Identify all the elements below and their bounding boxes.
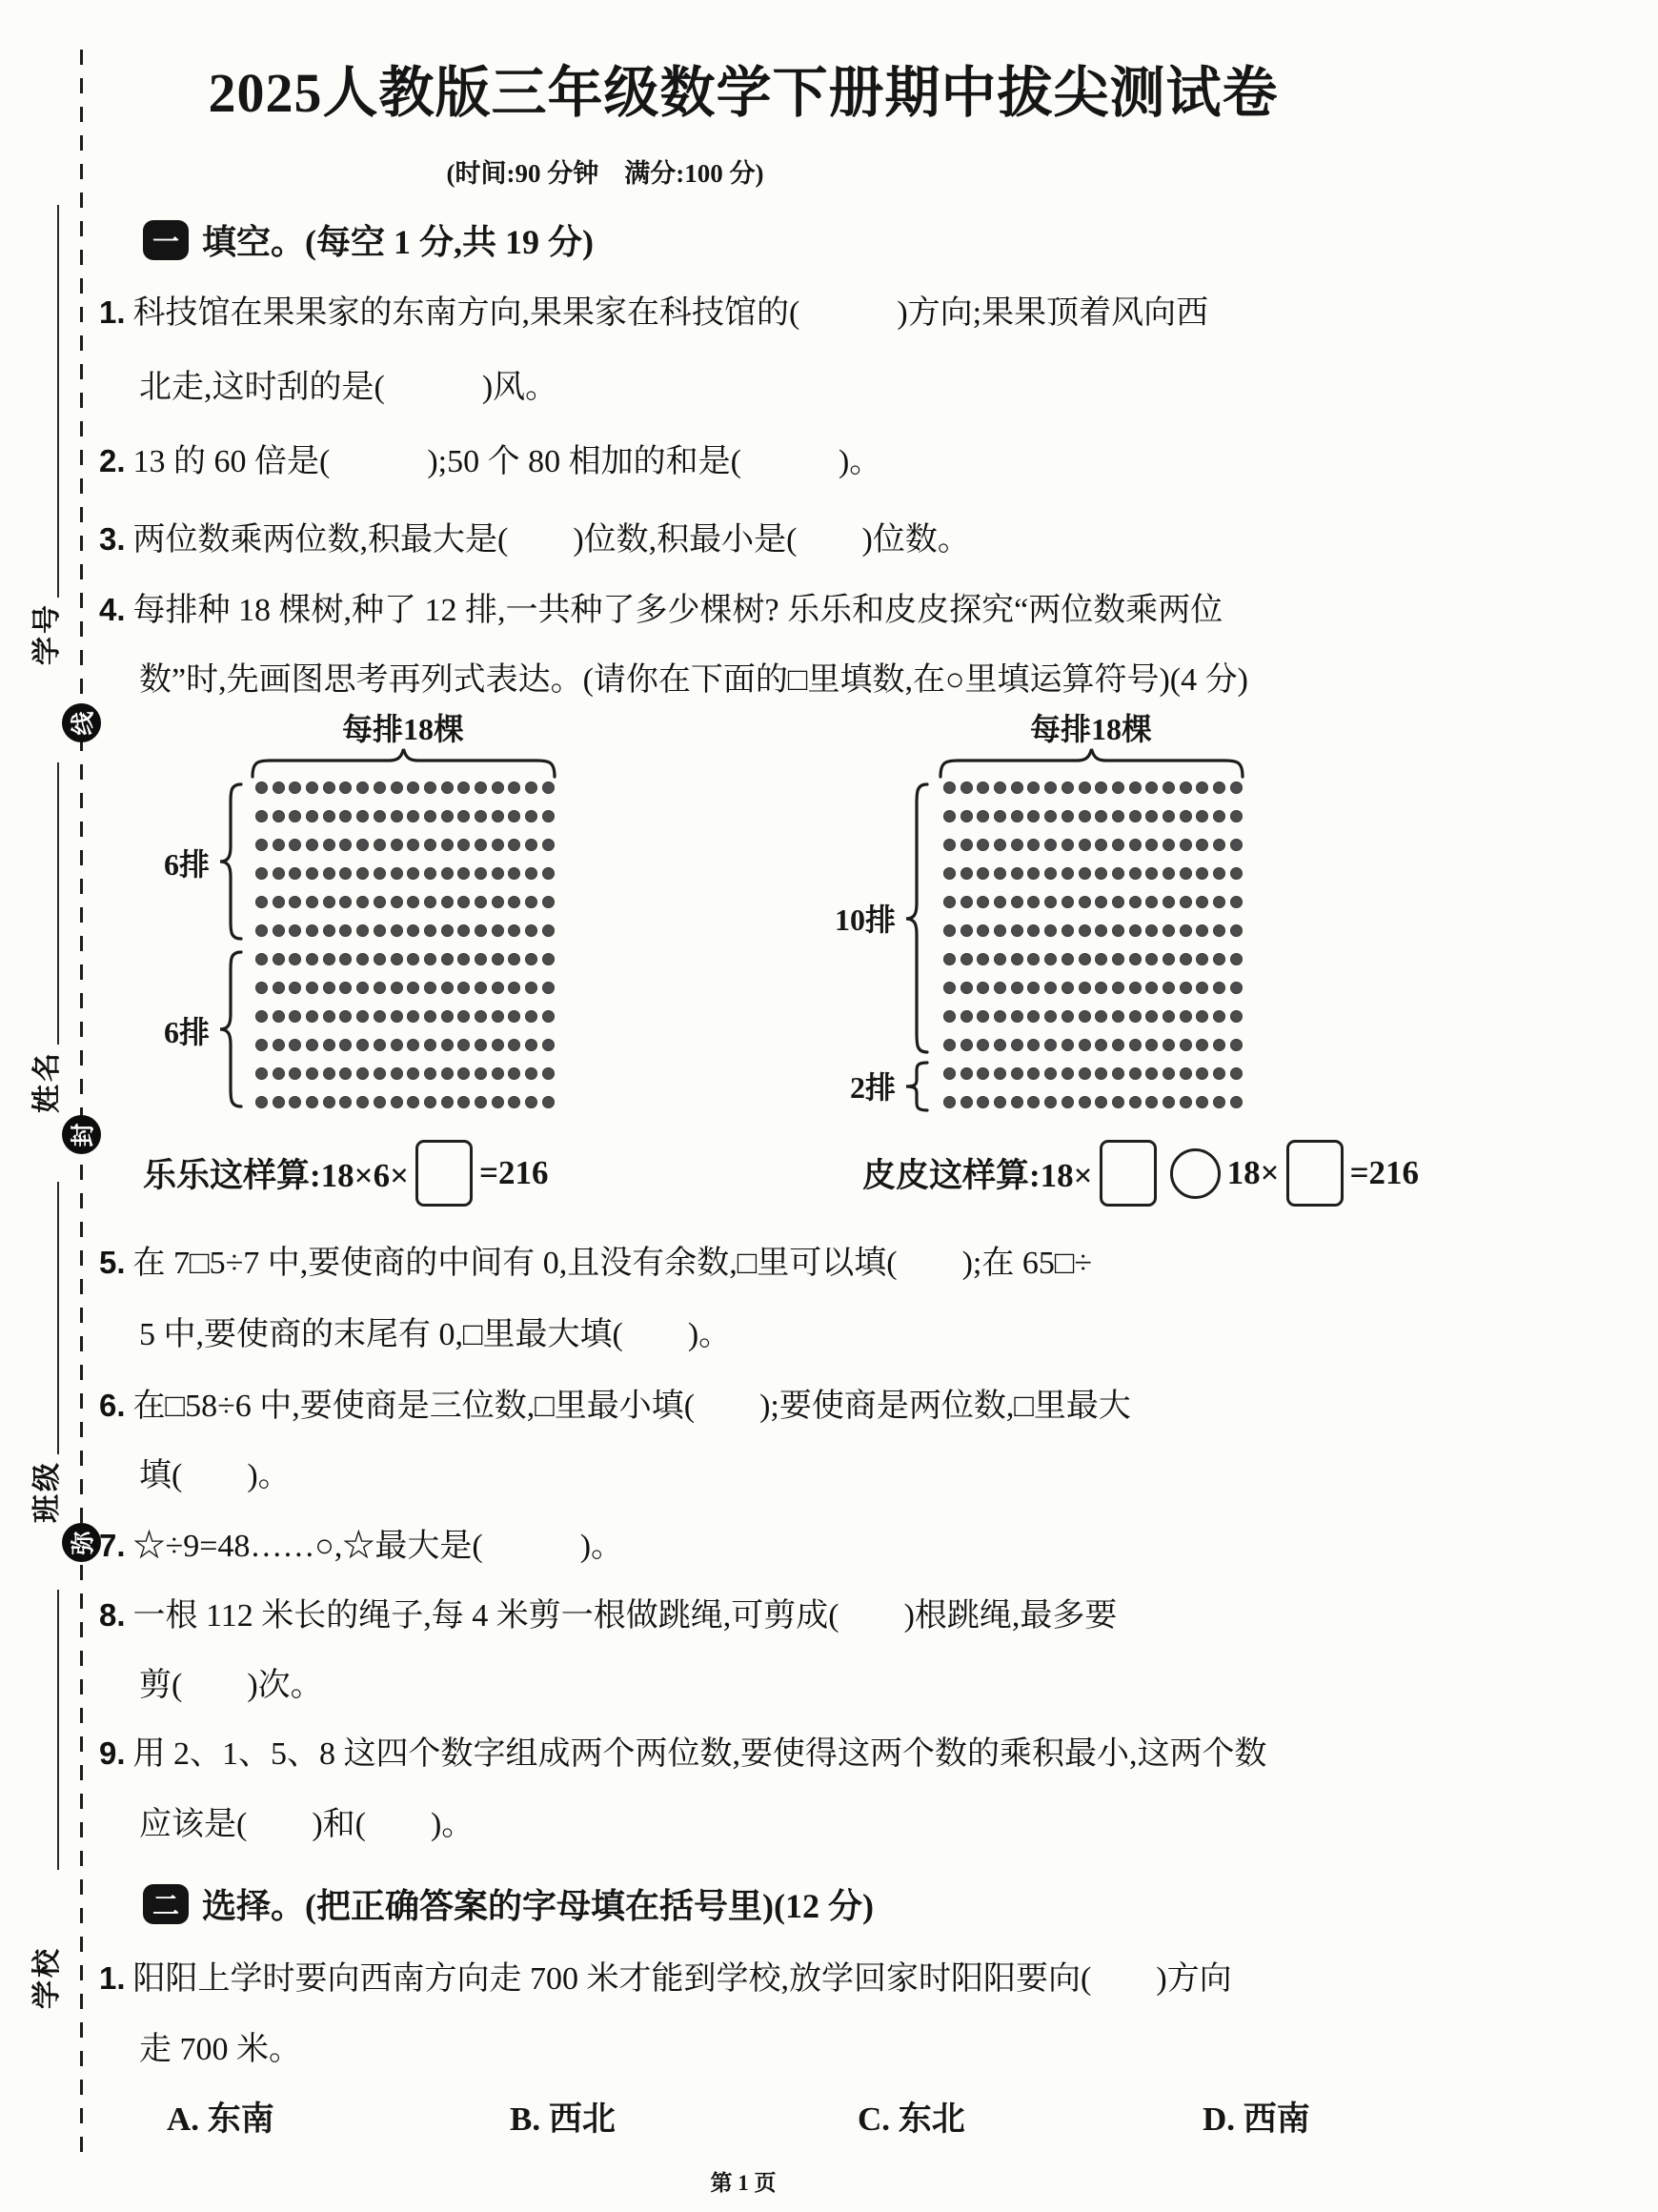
tree-dot <box>1095 924 1107 937</box>
tree-dot <box>492 1039 504 1051</box>
section-one-badge: 一 <box>143 220 189 260</box>
tree-dot <box>475 953 487 965</box>
tree-dot <box>994 867 1006 880</box>
tree-dot <box>1145 896 1158 908</box>
tree-dot <box>457 810 470 822</box>
question-text: 在□58÷6 中,要使商是三位数,□里最小填( );要使商是两位数,□里最大 <box>133 1379 1131 1426</box>
tree-dot <box>492 867 504 880</box>
tree-dot <box>1079 839 1091 851</box>
tree-dot-row <box>255 924 555 937</box>
tree-dot <box>273 810 285 822</box>
tree-dot <box>457 781 470 794</box>
tree-dot <box>492 924 504 937</box>
tree-dot <box>1196 1010 1208 1023</box>
tree-dot <box>255 810 268 822</box>
tree-dot <box>994 839 1006 851</box>
tree-dot <box>508 982 520 994</box>
tree-dot <box>273 781 285 794</box>
seal-badge-mi: 弥 <box>62 1523 101 1562</box>
tree-dot <box>306 924 318 937</box>
tree-dot <box>960 781 973 794</box>
tree-dot <box>323 867 335 880</box>
right-grid-group2-brace <box>903 1060 930 1113</box>
left-grid-group2-brace <box>217 949 244 1109</box>
tree-dot <box>255 867 268 880</box>
question-line: 1.阳阳上学时要向西南方向走 700 米才能到学校,放学回家时阳阳要向( )方向 <box>99 1952 1232 1999</box>
tree-dot <box>542 1096 555 1108</box>
tree-dot <box>977 781 989 794</box>
tree-dot <box>1062 1039 1074 1051</box>
tree-dot-row <box>943 953 1243 965</box>
tree-dot <box>289 896 301 908</box>
tree-dot <box>339 896 352 908</box>
tree-dot <box>306 1010 318 1023</box>
tree-dot <box>943 924 956 937</box>
tree-dot <box>475 924 487 937</box>
tree-dot <box>994 924 1006 937</box>
tree-dot <box>508 781 520 794</box>
binding-dashed-line <box>80 50 83 2158</box>
tree-dot <box>391 1067 403 1080</box>
tree-dot <box>441 1067 454 1080</box>
tree-dot <box>492 810 504 822</box>
tree-dot <box>1011 781 1023 794</box>
question-number: 2. <box>99 443 126 479</box>
tree-dot <box>255 896 268 908</box>
tree-dot <box>1145 1010 1158 1023</box>
tree-dot <box>1213 924 1225 937</box>
tree-dot <box>1163 781 1175 794</box>
tree-dot-row <box>255 1096 555 1108</box>
tree-dot <box>457 839 470 851</box>
tree-dot <box>1213 781 1225 794</box>
tree-dot <box>1011 839 1023 851</box>
tree-dot <box>977 867 989 880</box>
tree-dot <box>457 1039 470 1051</box>
tree-dot <box>542 781 555 794</box>
tree-dot <box>1079 810 1091 822</box>
question-text: 阳阳上学时要向西南方向走 700 米才能到学校,放学回家时阳阳要向( )方向 <box>133 1952 1232 1999</box>
tree-dot <box>1044 1096 1057 1108</box>
tree-dot <box>424 953 436 965</box>
tree-dot <box>356 1010 369 1023</box>
tree-dot <box>1145 953 1158 965</box>
tree-dot-row <box>255 781 555 794</box>
question-line: 6.在□58÷6 中,要使商是三位数,□里最小填( );要使商是两位数,□里最大 <box>99 1379 1131 1426</box>
tree-dot <box>441 1039 454 1051</box>
tree-dot <box>1213 982 1225 994</box>
tree-dot <box>306 867 318 880</box>
lele-prefix: 乐乐这样算:18×6× <box>143 1149 409 1197</box>
tree-dot <box>1062 1096 1074 1108</box>
tree-dot <box>1112 810 1124 822</box>
question-text: 北走,这时刮的是( )风。 <box>139 360 557 407</box>
tree-dot <box>441 810 454 822</box>
tree-dot-row <box>255 1039 555 1051</box>
tree-dot <box>1196 982 1208 994</box>
tree-dot <box>1027 953 1040 965</box>
tree-dot <box>273 924 285 937</box>
tree-dot <box>1129 867 1142 880</box>
tree-dot <box>492 896 504 908</box>
tree-dot <box>508 1067 520 1080</box>
question-line: 北走,这时刮的是( )风。 <box>139 360 557 407</box>
tree-dot <box>1180 781 1192 794</box>
tree-dot <box>1129 839 1142 851</box>
tree-dot <box>407 1010 419 1023</box>
tree-dot <box>457 953 470 965</box>
tree-dot <box>273 1039 285 1051</box>
left-grid-group2-label: 6排 <box>133 1008 210 1052</box>
tree-dot <box>1196 867 1208 880</box>
tree-dot <box>424 810 436 822</box>
tree-dot <box>977 1039 989 1051</box>
tree-dot <box>1180 867 1192 880</box>
tree-dot <box>1112 982 1124 994</box>
pipi-result: =216 <box>1350 1154 1419 1192</box>
seal-badge-line-char: 线 <box>64 711 98 735</box>
tree-dot <box>525 1010 537 1023</box>
tree-dot <box>1129 982 1142 994</box>
tree-dot <box>1011 982 1023 994</box>
tree-dot <box>492 1010 504 1023</box>
tree-dot <box>977 896 989 908</box>
tree-dot <box>289 1010 301 1023</box>
tree-dot <box>424 839 436 851</box>
tree-dot-row <box>943 781 1243 794</box>
tree-dot <box>356 781 369 794</box>
question-line: 数”时,先画图思考再列式表达。(请你在下面的□里填数,在○里填运算符号)(4 分… <box>139 653 1248 700</box>
tree-dot <box>525 810 537 822</box>
tree-dot <box>1213 1039 1225 1051</box>
tree-dot <box>1027 839 1040 851</box>
tree-dot <box>994 1096 1006 1108</box>
question-line: 应该是( )和( )。 <box>139 1797 474 1844</box>
question-line: 5.在 7□5÷7 中,要使商的中间有 0,且没有余数,□里可以填( );在 6… <box>99 1236 1092 1283</box>
tree-dot <box>391 867 403 880</box>
tree-dot <box>374 1010 386 1023</box>
tree-dot-row <box>255 810 555 822</box>
tree-dot <box>1180 896 1192 908</box>
tree-dot <box>943 1039 956 1051</box>
tree-dot <box>977 1010 989 1023</box>
question-text: 剪( )次。 <box>139 1658 323 1705</box>
question-number: 6. <box>99 1388 126 1424</box>
test-paper-page: 学号 线 姓名 封 班级 弥 学校 2025人教版三年级数学下册期中拔尖测试卷 … <box>0 0 1658 2212</box>
tree-dot <box>1044 953 1057 965</box>
tree-dot <box>323 1010 335 1023</box>
student-id-write-line <box>57 205 59 598</box>
tree-dot <box>492 781 504 794</box>
tree-dot <box>323 896 335 908</box>
page-title: 2025人教版三年级数学下册期中拔尖测试卷 <box>133 48 1353 128</box>
tree-dot <box>1079 982 1091 994</box>
tree-dot <box>943 1096 956 1108</box>
tree-dot <box>1079 781 1091 794</box>
tree-dot <box>1230 1010 1243 1023</box>
tree-dot <box>977 982 989 994</box>
tree-dot <box>1163 1067 1175 1080</box>
pipi-expression: 皮皮这样算:18× 18× =216 <box>862 1140 1419 1207</box>
tree-dot <box>960 896 973 908</box>
fill-box <box>415 1140 473 1207</box>
question-line: 9.用 2、1、5、8 这四个数字组成两个两位数,要使得这两个数的乘积最小,这两… <box>99 1727 1267 1774</box>
tree-dot <box>424 1039 436 1051</box>
section-choice-header: 二 选择。(把正确答案的字母填在括号里)(12 分) <box>143 1879 874 1928</box>
tree-dot <box>960 982 973 994</box>
tree-dot <box>977 924 989 937</box>
tree-dot <box>475 1067 487 1080</box>
tree-dot <box>1180 1067 1192 1080</box>
question-line: 填( )。 <box>139 1449 291 1495</box>
tree-dot <box>273 1096 285 1108</box>
tree-dot-row <box>943 810 1243 822</box>
right-grid-group1-label: 10排 <box>810 896 896 940</box>
tree-dot <box>374 1039 386 1051</box>
tree-dot <box>492 982 504 994</box>
tree-dot <box>1079 896 1091 908</box>
tree-dot <box>960 1096 973 1108</box>
tree-dot <box>525 781 537 794</box>
tree-dot <box>356 982 369 994</box>
tree-dot <box>525 867 537 880</box>
lele-expression: 乐乐这样算:18×6× =216 <box>143 1140 549 1207</box>
tree-dot <box>273 1067 285 1080</box>
tree-dot <box>1213 839 1225 851</box>
tree-dot <box>1112 781 1124 794</box>
tree-dot <box>1129 896 1142 908</box>
tree-dot <box>1095 1039 1107 1051</box>
tree-dot <box>1044 810 1057 822</box>
tree-dot <box>1027 924 1040 937</box>
tree-dot <box>407 1067 419 1080</box>
left-dot-grid <box>255 781 555 1125</box>
section-one-heading: 填空。(每空 1 分,共 19 分) <box>202 215 594 264</box>
tree-dot <box>1196 810 1208 822</box>
tree-dot <box>339 810 352 822</box>
tree-dot <box>457 867 470 880</box>
left-grid-group1-label: 6排 <box>133 841 210 884</box>
tree-dot <box>1112 867 1124 880</box>
tree-dot <box>289 1039 301 1051</box>
right-grid-group1-brace <box>903 781 930 1055</box>
tree-dot <box>1011 810 1023 822</box>
tree-dot <box>1062 924 1074 937</box>
tree-dot <box>306 982 318 994</box>
question-text: 两位数乘两位数,积最大是( )位数,积最小是( )位数。 <box>133 513 970 559</box>
tree-dot <box>1213 1096 1225 1108</box>
tree-dot <box>289 924 301 937</box>
tree-dot <box>457 1096 470 1108</box>
tree-dot <box>374 953 386 965</box>
tree-dot <box>1129 810 1142 822</box>
tree-dot <box>1011 1067 1023 1080</box>
tree-dot-row <box>255 839 555 851</box>
tree-dot <box>1044 924 1057 937</box>
tree-dot-row <box>943 924 1243 937</box>
tree-dot <box>1027 896 1040 908</box>
tree-dot <box>289 839 301 851</box>
tree-dot <box>457 896 470 908</box>
tree-dot <box>475 1039 487 1051</box>
fill-box <box>1286 1140 1344 1207</box>
tree-dot <box>424 896 436 908</box>
tree-dot <box>255 781 268 794</box>
tree-dot <box>1027 982 1040 994</box>
tree-dot <box>323 1096 335 1108</box>
tree-dot <box>457 1067 470 1080</box>
tree-dot <box>960 953 973 965</box>
left-grid-group1-brace <box>217 781 244 942</box>
tree-dot <box>1145 1039 1158 1051</box>
tree-dot <box>1095 896 1107 908</box>
tree-dot-row <box>943 1039 1243 1051</box>
tree-dot <box>289 867 301 880</box>
tree-dot <box>306 810 318 822</box>
tree-dot <box>424 781 436 794</box>
tree-dot <box>1230 1096 1243 1108</box>
tree-dot <box>525 839 537 851</box>
tree-dot <box>391 781 403 794</box>
tree-dot <box>306 1039 318 1051</box>
tree-dot <box>1213 953 1225 965</box>
tree-dot <box>943 1010 956 1023</box>
tree-dot <box>255 1096 268 1108</box>
tree-dot <box>1095 781 1107 794</box>
tree-dot <box>407 781 419 794</box>
tree-dot <box>339 1096 352 1108</box>
tree-dot <box>374 839 386 851</box>
tree-dot-row <box>943 896 1243 908</box>
tree-dot <box>1044 1039 1057 1051</box>
tree-dot <box>424 867 436 880</box>
tree-dot <box>339 982 352 994</box>
tree-dot <box>1044 781 1057 794</box>
tree-dot <box>391 1010 403 1023</box>
tree-dot <box>943 982 956 994</box>
tree-dot <box>1062 953 1074 965</box>
tree-dot <box>424 1096 436 1108</box>
tree-dot <box>977 810 989 822</box>
tree-dot <box>441 953 454 965</box>
tree-dot <box>1213 896 1225 908</box>
tree-dot <box>977 1067 989 1080</box>
tree-dot <box>339 1010 352 1023</box>
tree-dot <box>1163 924 1175 937</box>
tree-dot <box>339 924 352 937</box>
tree-dot <box>356 867 369 880</box>
tree-dot <box>323 839 335 851</box>
tree-dot <box>339 781 352 794</box>
tree-dot <box>508 1010 520 1023</box>
tree-dot <box>1163 839 1175 851</box>
tree-dot <box>1145 1067 1158 1080</box>
tree-dot <box>994 953 1006 965</box>
tree-dot <box>356 896 369 908</box>
tree-dot <box>391 896 403 908</box>
tree-dot <box>339 1039 352 1051</box>
margin-label-class: 班级 <box>11 1459 76 1524</box>
tree-dot <box>1196 896 1208 908</box>
tree-dot <box>441 924 454 937</box>
tree-dot <box>407 1039 419 1051</box>
tree-dot-row <box>943 867 1243 880</box>
tree-dot <box>542 867 555 880</box>
tree-dot <box>1213 1010 1225 1023</box>
tree-dot <box>1230 781 1243 794</box>
question-number: 5. <box>99 1245 126 1281</box>
tree-dot <box>1196 1067 1208 1080</box>
tree-dot <box>1230 982 1243 994</box>
tree-dot <box>475 982 487 994</box>
tree-dot <box>391 924 403 937</box>
tree-dot <box>1112 1067 1124 1080</box>
tree-dot <box>391 982 403 994</box>
tree-dot-row <box>943 1067 1243 1080</box>
tree-dot-row <box>255 1010 555 1023</box>
tree-dot <box>1129 924 1142 937</box>
tree-dot <box>424 1010 436 1023</box>
tree-dot <box>1027 781 1040 794</box>
tree-dot <box>323 982 335 994</box>
tree-dot <box>374 781 386 794</box>
question-text: 应该是( )和( )。 <box>139 1797 474 1844</box>
tree-dot <box>1062 839 1074 851</box>
tree-dot <box>407 982 419 994</box>
tree-dot <box>1011 1096 1023 1108</box>
tree-dot <box>306 839 318 851</box>
margin-label-student-id: 学号 <box>11 601 76 666</box>
seal-badge-mi-char: 弥 <box>64 1531 98 1554</box>
tree-dot <box>424 1067 436 1080</box>
lele-result: =216 <box>479 1154 548 1192</box>
tree-dot <box>441 1010 454 1023</box>
tree-dot <box>407 1096 419 1108</box>
tree-dot <box>407 810 419 822</box>
right-grid-top-brace <box>938 746 1245 779</box>
tree-dot <box>1062 982 1074 994</box>
tree-dot <box>994 1067 1006 1080</box>
tree-dot <box>508 1096 520 1108</box>
tree-dot <box>1230 867 1243 880</box>
operator-circle <box>1170 1148 1221 1199</box>
tree-dot <box>994 982 1006 994</box>
tree-dot <box>457 982 470 994</box>
tree-dot <box>339 1067 352 1080</box>
tree-dot <box>1129 781 1142 794</box>
tree-dot <box>1112 1096 1124 1108</box>
tree-dot <box>356 924 369 937</box>
tree-dot-row <box>943 1096 1243 1108</box>
tree-dot <box>943 953 956 965</box>
tree-dot <box>1230 1039 1243 1051</box>
tree-dot <box>339 839 352 851</box>
tree-dot <box>289 982 301 994</box>
left-grid-top-brace <box>250 746 557 779</box>
tree-dot <box>960 1010 973 1023</box>
tree-dot <box>943 1067 956 1080</box>
pipi-mid: 18× <box>1227 1154 1280 1192</box>
tree-dot <box>323 1039 335 1051</box>
tree-dot <box>1180 1010 1192 1023</box>
tree-dot <box>1196 839 1208 851</box>
question-line: 剪( )次。 <box>139 1658 323 1705</box>
tree-dot <box>255 924 268 937</box>
tree-dot <box>1145 839 1158 851</box>
pipi-prefix: 皮皮这样算:18× <box>862 1149 1093 1197</box>
tree-dot <box>1027 1010 1040 1023</box>
tree-dot <box>323 810 335 822</box>
